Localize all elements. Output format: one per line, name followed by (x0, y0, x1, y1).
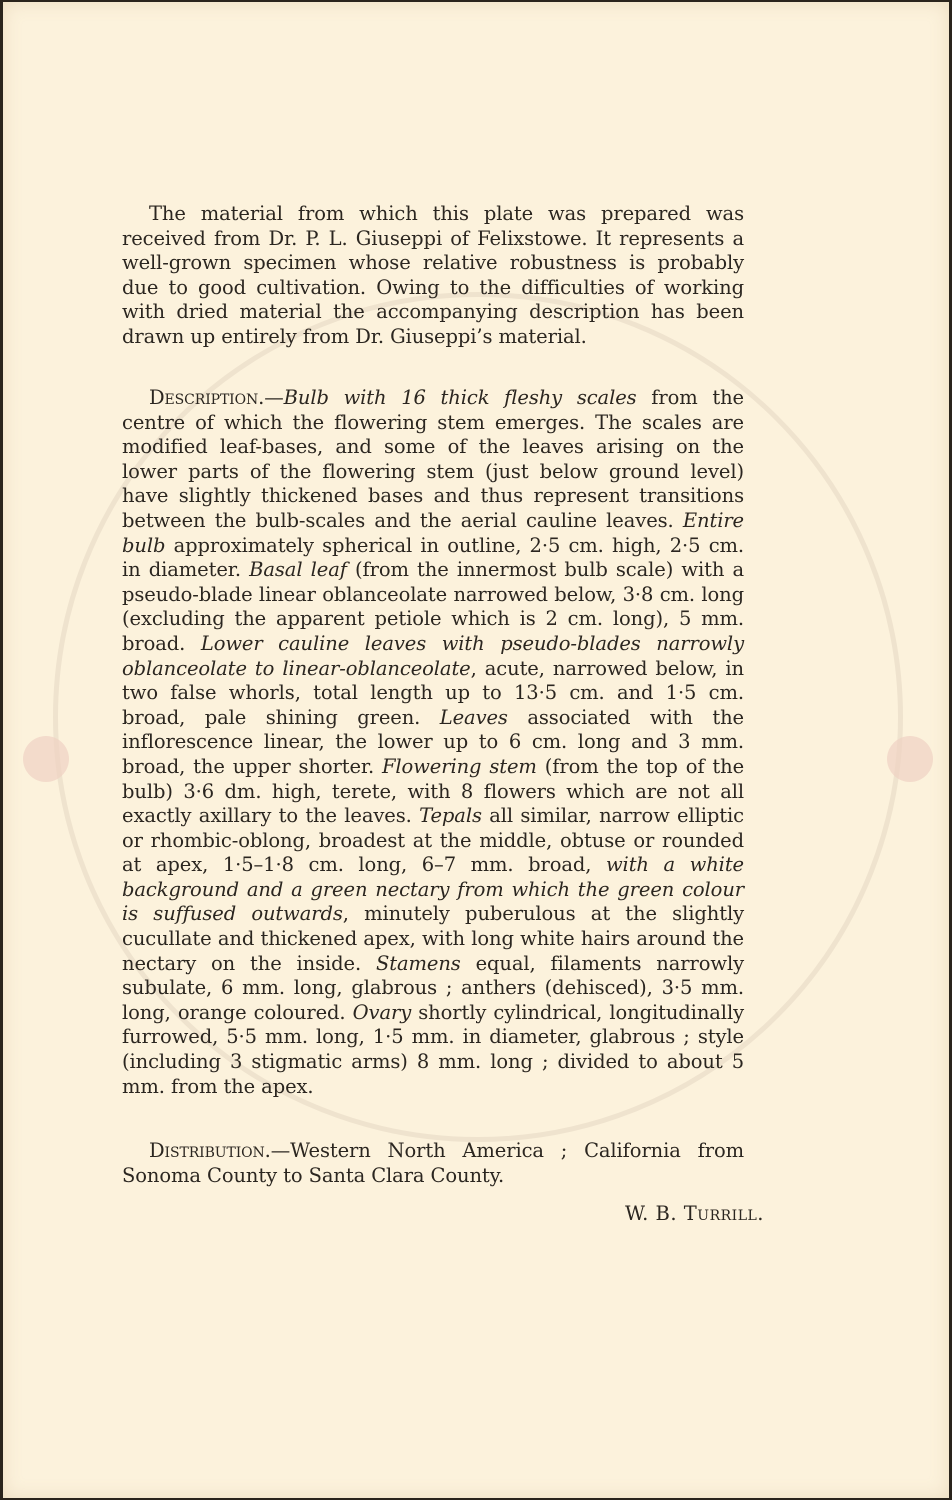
author-signature: W. B. Turrill. (625, 1202, 764, 1225)
watermark-dot-left (23, 736, 69, 782)
description-italic-term: Flowering stem (382, 755, 537, 778)
distribution-paragraph: Distribution.—Western North America ; Ca… (122, 1139, 744, 1188)
description-italic-term: Basal leaf (249, 558, 347, 581)
description-body: Bulb with 16 thick fleshy scales from th… (122, 386, 744, 1098)
description-paragraph: Description.—Bulb with 16 thick fleshy s… (122, 386, 744, 1099)
distribution-dash: — (271, 1139, 290, 1162)
description-italic-term: Ovary (353, 1001, 411, 1024)
description-heading: Description. (149, 386, 264, 409)
intro-paragraph: The material from which this plate was p… (122, 202, 744, 350)
watermark-dot-right (887, 736, 933, 782)
description-paragraph-block: Description.—Bulb with 16 thick fleshy s… (122, 386, 744, 1099)
distribution-paragraph-block: Distribution.—Western North America ; Ca… (122, 1139, 744, 1188)
description-dash: — (264, 386, 283, 409)
intro-paragraph-block: The material from which this plate was p… (122, 202, 744, 350)
description-italic-term: Stamens (376, 952, 461, 975)
description-italic-term: Tepals (419, 804, 482, 827)
distribution-heading: Distribution. (149, 1139, 271, 1162)
description-italic-term: Bulb with 16 thick fleshy scales (284, 386, 637, 409)
document-page: The material from which this plate was p… (3, 2, 949, 1498)
description-italic-term: Leaves (440, 706, 508, 729)
